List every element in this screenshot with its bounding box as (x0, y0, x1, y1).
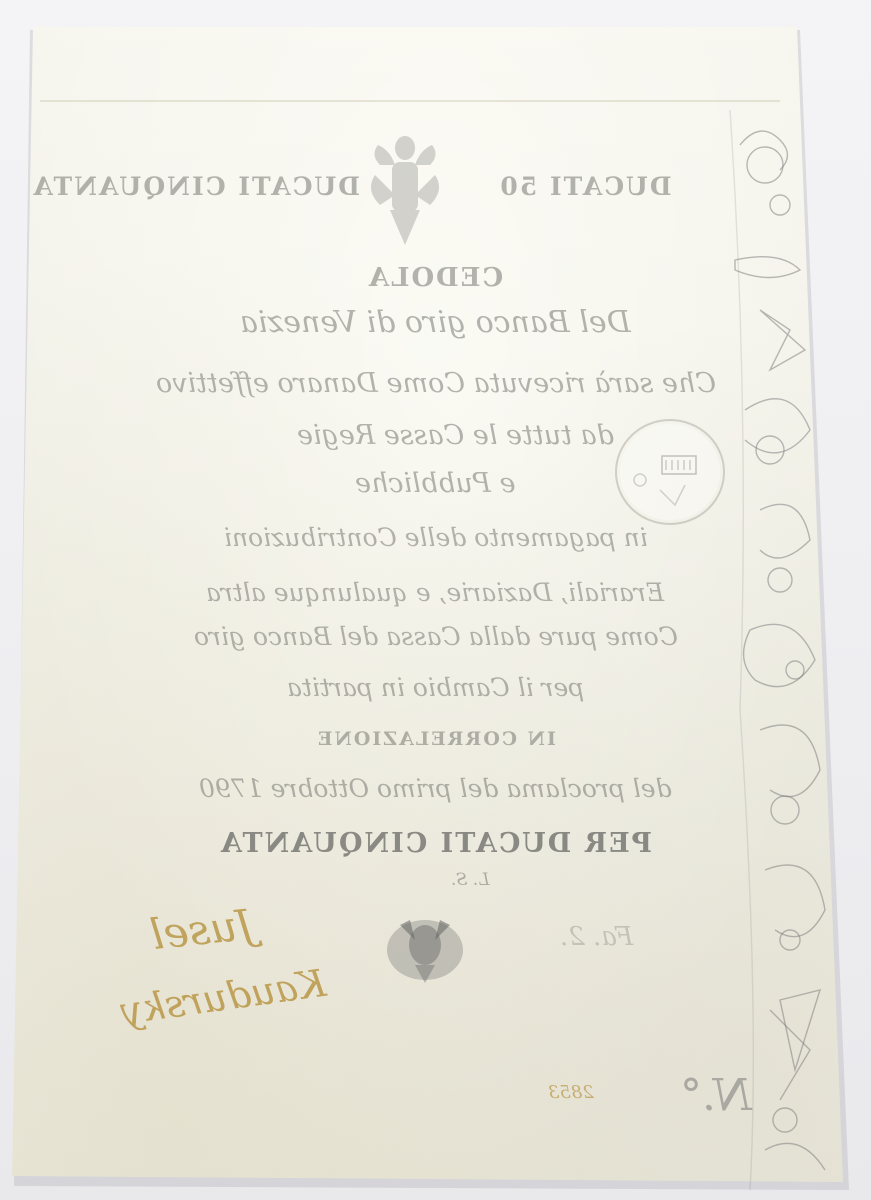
text-line: del proclama del primo Ottobre 1790 (199, 774, 672, 803)
serial-number: 2853 (548, 1082, 594, 1103)
faint-initials: Fa. 2. (560, 922, 633, 952)
text-line: da tutte le Casse Regie (297, 420, 614, 451)
header-left-denomination: DUCATI 50 (455, 172, 715, 201)
text-line: Del Banco giro di Venezia (240, 305, 631, 340)
text-line: Come pure dalla Cassa del Banco giro (194, 622, 678, 651)
header-right-denomination: DUCATI CINQUANTA (60, 172, 360, 201)
text-line: IN CORRELAZIONE (316, 728, 556, 750)
embossed-seal-icon (600, 410, 728, 530)
text-line: in pagamento delle Contribuzioni (224, 523, 648, 552)
fold-crease (40, 100, 780, 102)
text-line: Che sarà ricevuta Come Danaro effettivo (156, 368, 716, 399)
eagle-ink-stamp-icon (370, 905, 480, 985)
text-line: CEDOLA (367, 263, 503, 293)
ornamental-border-icon (720, 110, 850, 1190)
text-line: Erariali, Daziarie, e qualunque altra (206, 578, 664, 607)
serial-text: 2853 (548, 1082, 594, 1103)
double-headed-eagle-icon (360, 130, 450, 250)
text-line: per il Cambio in partita (287, 673, 584, 702)
text-line: PER DUCATI CINQUANTA (219, 828, 652, 859)
text-line: e Pubbliche (355, 468, 515, 499)
text-line: L. S. (451, 870, 490, 890)
